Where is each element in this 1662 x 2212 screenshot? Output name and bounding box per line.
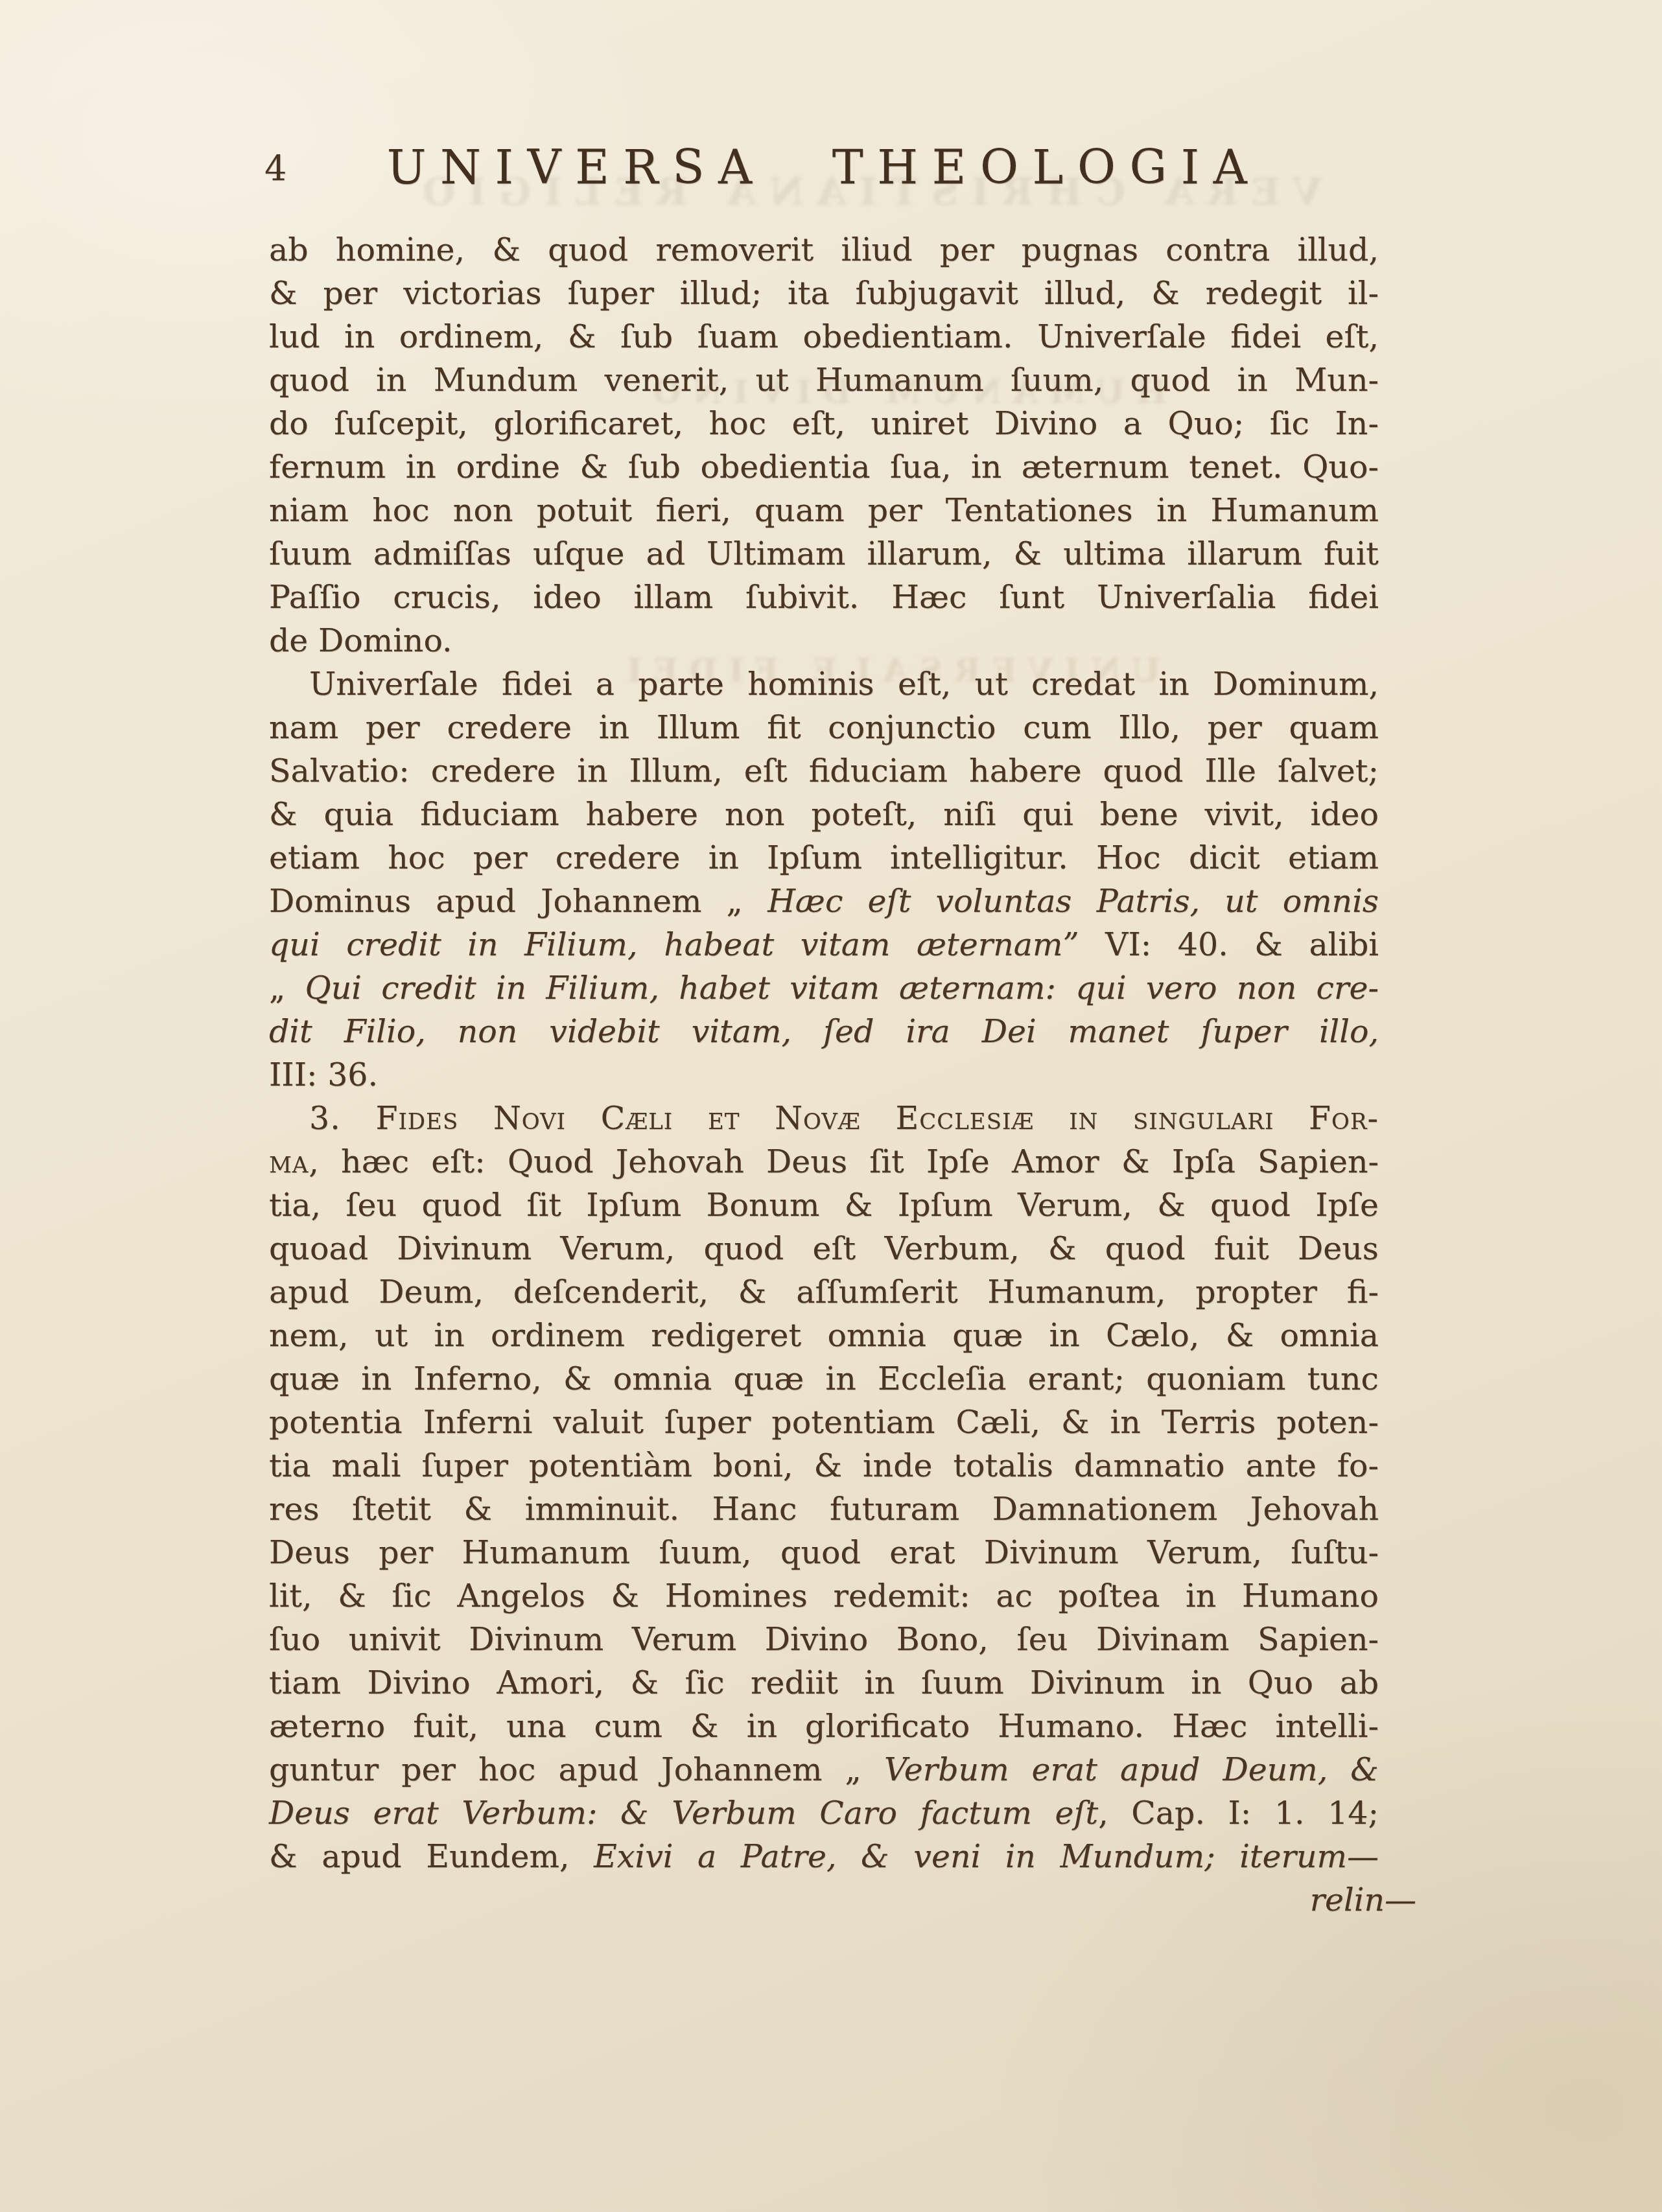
text-line: ma, hæc eſt: Quod Jehovah Deus ſit Ipſe … [269,1140,1379,1183]
italic-text-segment: Verbum erat apud Deum, & [884,1751,1379,1788]
italic-text-segment: Qui credit in Filium, habet vitam æterna… [305,970,1379,1007]
text-line: res ſtetit & imminuit. Hanc futuram Damn… [269,1487,1379,1531]
text-segment: quæ in Inferno, & omnia quæ in Eccleſia … [269,1360,1379,1397]
text-segment: ſuum admiſſas uſque ad Ultimam illarum, … [269,535,1379,572]
text-segment: lit, & ſic Angelos & Homines redemit: ac… [269,1578,1379,1614]
text-line: Paſſio crucis, ideo illam ſubivit. Hæc ſ… [269,576,1379,619]
text-segment: guntur per hoc apud Johannem „ [269,1751,884,1788]
text-line: quoad Divinum Verum, quod eſt Verbum, & … [269,1227,1379,1270]
text-line: æterno fuit, una cum & in glorificato Hu… [269,1705,1379,1748]
text-line: quæ in Inferno, & omnia quæ in Eccleſia … [269,1357,1379,1401]
text-segment: ab homine, & quod removerit iliud per pu… [269,231,1379,268]
text-segment: etiam hoc per credere in Ipſum intelligi… [269,839,1379,876]
text-block: ab homine, & quod removerit iliud per pu… [269,228,1379,1878]
book-page-scan: VERA CHRISTIANA RELIGIOHUMANUM DIVINOUNI… [0,0,1662,2212]
italic-text-segment: Hæc eſt voluntas Patris, ut omnis [767,883,1379,920]
text-segment: Paſſio crucis, ideo illam ſubivit. Hæc ſ… [269,579,1379,616]
text-line: fernum in ordine & ſub obedientia ſua, i… [269,445,1379,489]
italic-text-segment: Exivi a Patre, & veni in Mundum; iterum— [594,1838,1379,1875]
text-line: lud in ordinem, & ſub ſuam obedientiam. … [269,315,1379,358]
text-line: ab homine, & quod removerit iliud per pu… [269,228,1379,272]
text-segment: nem, ut in ordinem redigeret omnia quæ i… [269,1317,1379,1354]
text-segment: Dominus apud Johannem „ [269,883,767,920]
text-segment: Deus per Humanum ſuum, quod erat Divinum… [269,1534,1379,1571]
text-line: & quia fiduciam habere non poteſt, niſi … [269,793,1379,836]
text-line: „ Qui credit in Filium, habet vitam æter… [269,966,1379,1010]
text-line: ſuo univit Divinum Verum Divino Bono, ſe… [269,1618,1379,1661]
text-segment: lud in ordinem, & ſub ſuam obedientiam. … [269,318,1379,355]
text-line: nam per credere in Illum fit conjunctio … [269,706,1379,749]
running-title: UNIVERSA THEOLOGIA [269,144,1379,191]
text-segment: & quia fiduciam habere non poteſt, niſi … [269,796,1379,833]
text-line: guntur per hoc apud Johannem „ Verbum er… [269,1748,1379,1791]
text-segment: apud Deum, deſcenderit, & aſſumſerit Hum… [269,1274,1379,1310]
text-segment: niam hoc non potuit fieri, quam per Tent… [269,492,1379,529]
text-segment: & per victorias ſuper illud; ita ſubjuga… [269,275,1379,312]
text-segment: & apud Eundem, [269,1838,594,1875]
text-line: quod in Mundum venerit, ut Humanum ſuum,… [269,358,1379,402]
text-segment: tiam Divino Amori, & ſic rediit in ſuum … [269,1664,1379,1701]
text-line: nem, ut in ordinem redigeret omnia quæ i… [269,1314,1379,1357]
text-line: qui credit in Filium, habeat vitam ætern… [269,923,1379,966]
text-segment: fernum in ordine & ſub obedientia ſua, i… [269,448,1379,485]
text-line: tia, ſeu quod ſit Ipſum Bonum & Ipſum Ve… [269,1183,1379,1227]
text-segment: quod in Mundum venerit, ut Humanum ſuum,… [269,362,1379,399]
text-segment: tia, ſeu quod ſit Ipſum Bonum & Ipſum Ve… [269,1187,1379,1224]
text-line: potentia Inferni valuit ſuper potentiam … [269,1401,1379,1444]
text-segment: nam per credere in Illum fit conjunctio … [269,709,1379,746]
text-segment: de Domino. [269,622,452,659]
text-segment: III: 36. [269,1056,378,1093]
text-line: Deus erat Verbum: & Verbum Caro factum e… [269,1791,1379,1835]
text-segment: , Cap. I: 1. 14; [1098,1795,1379,1832]
text-line: tiam Divino Amori, & ſic rediit in ſuum … [269,1661,1379,1705]
text-line: ſuum admiſſas uſque ad Ultimam illarum, … [269,532,1379,576]
text-line: III: 36. [269,1053,1379,1097]
small-caps-text-segment: ma [269,1143,309,1180]
italic-text-segment: Deus erat Verbum: & Verbum Caro factum e… [269,1795,1098,1832]
text-line: etiam hoc per credere in Ipſum intelligi… [269,836,1379,879]
text-line: & per victorias ſuper illud; ita ſubjuga… [269,272,1379,315]
text-line: Univerſale fidei a parte hominis eſt, ut… [269,662,1379,706]
text-segment: æterno fuit, una cum & in glorificato Hu… [269,1708,1379,1745]
text-segment: , hæc eſt: Quod Jehovah Deus ſit Ipſe Am… [309,1143,1379,1180]
text-line: & apud Eundem, Exivi a Patre, & veni in … [269,1835,1379,1878]
text-line: Dominus apud Johannem „ Hæc eſt voluntas… [269,879,1379,923]
text-segment: quoad Divinum Verum, quod eſt Verbum, & … [269,1230,1379,1267]
text-line: Deus per Humanum ſuum, quod erat Divinum… [269,1531,1379,1574]
text-segment: Univerſale fidei a parte hominis eſt, ut… [309,666,1379,703]
text-line: tia mali ſuper potentiàm boni, & inde to… [269,1444,1379,1487]
text-line: dit Filio, non videbit vitam, ſed ira De… [269,1010,1379,1053]
catchword: relin— [269,1878,1416,1922]
text-segment: Salvatio: credere in Illum, eſt fiduciam… [269,752,1379,789]
text-segment: VI: 40. & alibi [1079,926,1379,963]
text-line: Salvatio: credere in Illum, eſt fiduciam… [269,749,1379,793]
text-segment: potentia Inferni valuit ſuper potentiam … [269,1404,1379,1441]
small-caps-text-segment: 3. Fides Novi Cæli et Novæ Ecclesiæ in s… [309,1100,1379,1137]
text-segment: do ſuſcepit, glorificaret, hoc eſt, unir… [269,405,1379,442]
text-line: niam hoc non potuit fieri, quam per Tent… [269,489,1379,532]
text-segment: „ [269,970,305,1007]
text-line: de Domino. [269,619,1379,662]
italic-text-segment: dit Filio, non videbit vitam, ſed ira De… [269,1013,1379,1050]
italic-text-segment: qui credit in Filium, habeat vitam ætern… [269,926,1079,963]
text-segment: res ſtetit & imminuit. Hanc futuram Damn… [269,1491,1379,1528]
text-line: do ſuſcepit, glorificaret, hoc eſt, unir… [269,402,1379,445]
text-line: 3. Fides Novi Cæli et Novæ Ecclesiæ in s… [269,1097,1379,1140]
text-segment: ſuo univit Divinum Verum Divino Bono, ſe… [269,1621,1379,1658]
text-line: lit, & ſic Angelos & Homines redemit: ac… [269,1574,1379,1618]
text-line: apud Deum, deſcenderit, & aſſumſerit Hum… [269,1270,1379,1314]
text-segment: tia mali ſuper potentiàm boni, & inde to… [269,1447,1379,1484]
